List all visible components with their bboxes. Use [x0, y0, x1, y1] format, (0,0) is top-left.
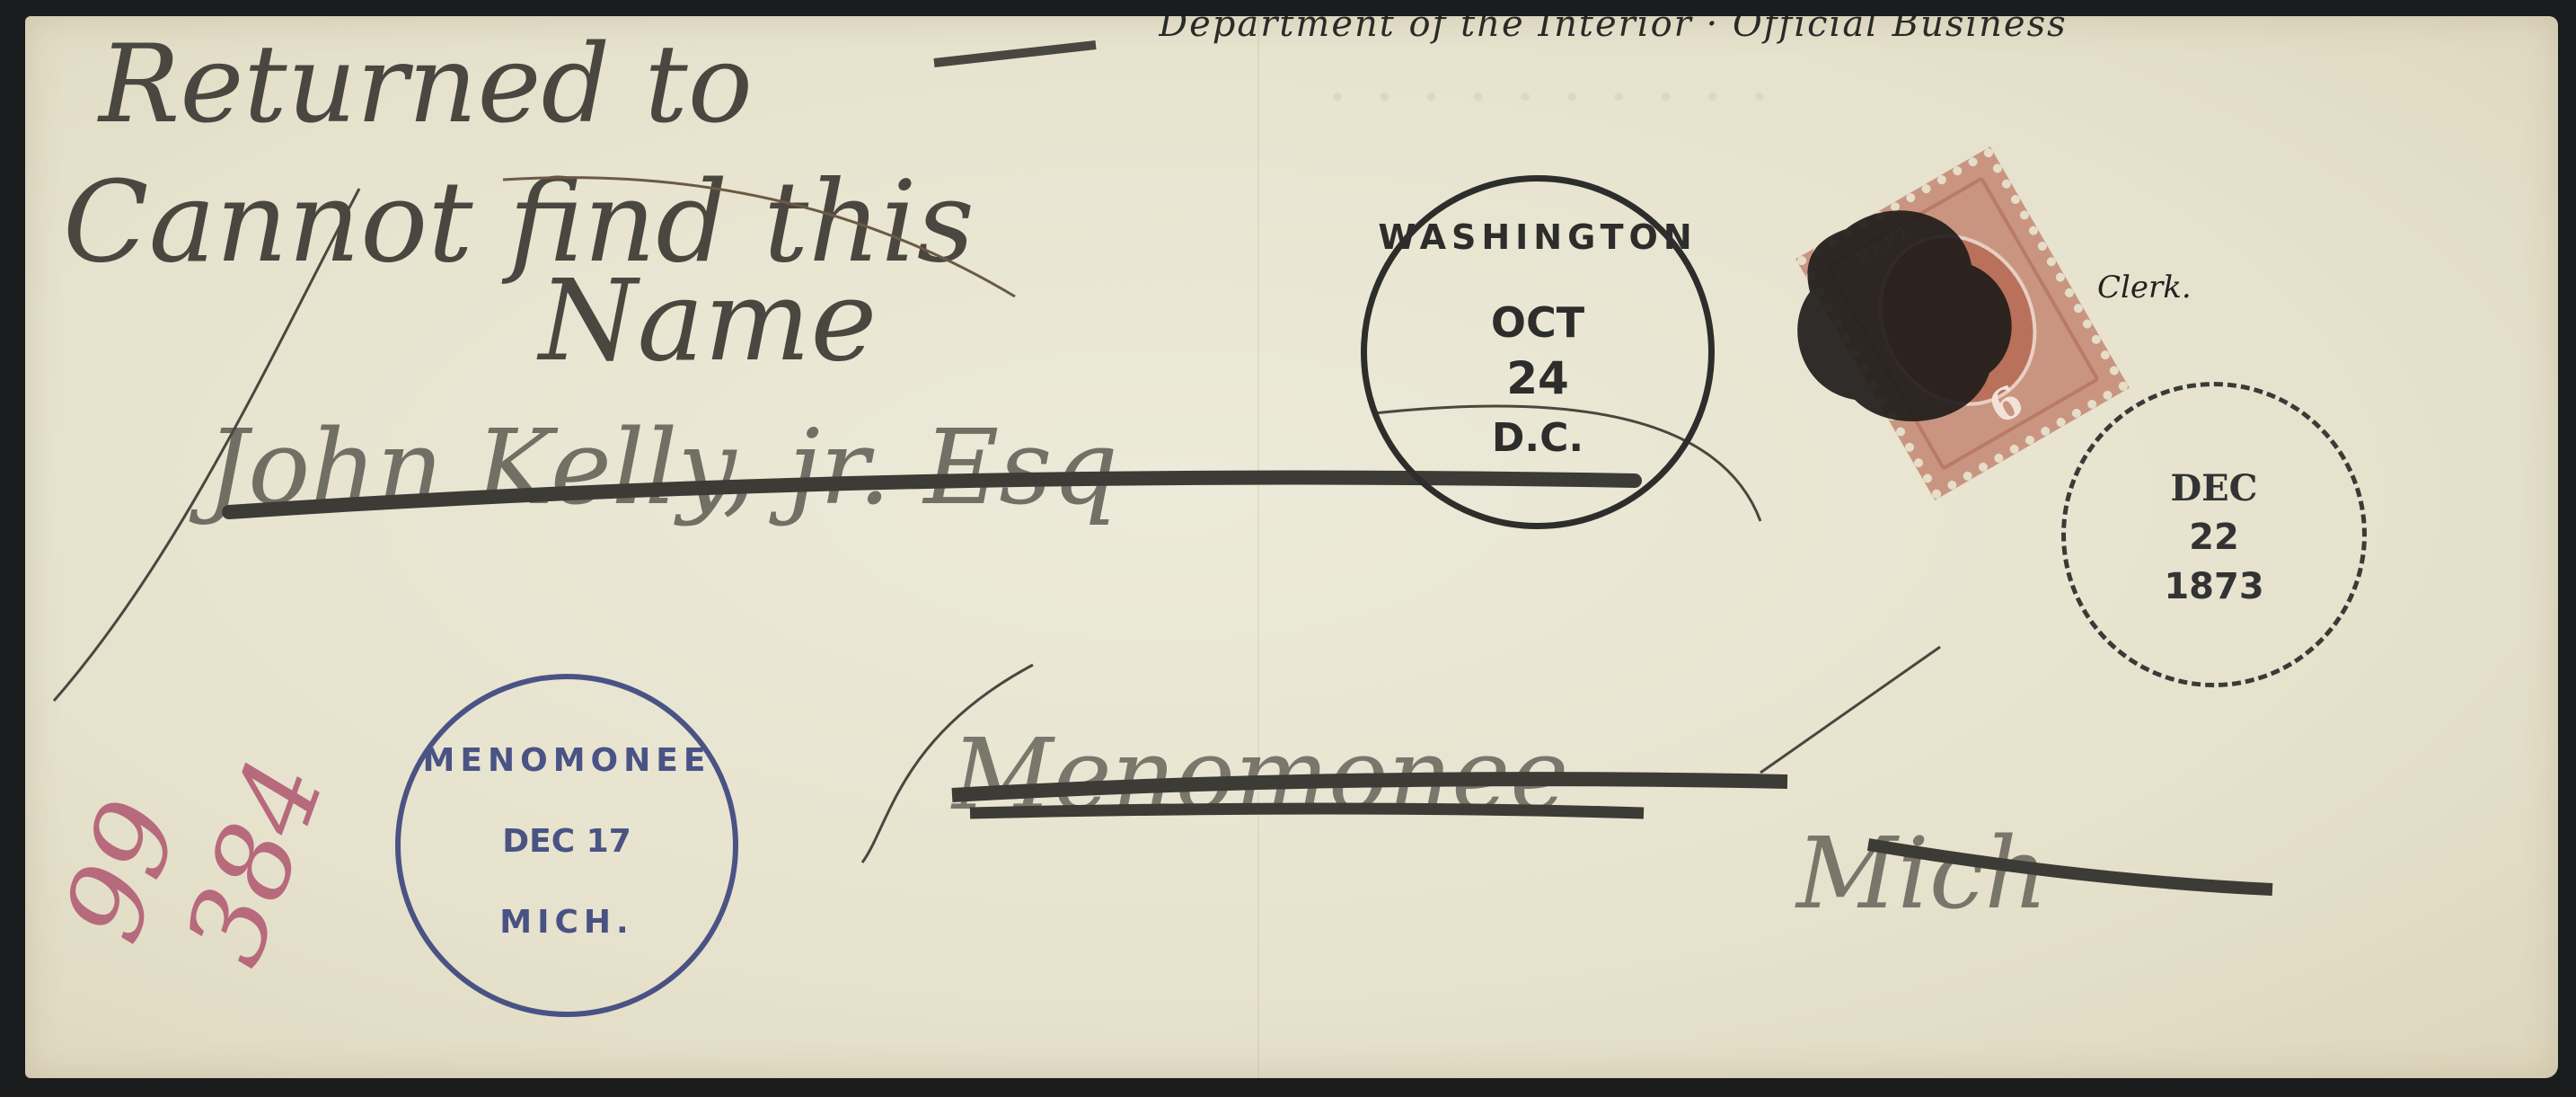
cork-cancel — [1783, 193, 2034, 436]
postmark-receiving-year: 1873 — [2066, 566, 2362, 607]
manuscript-line-returned: Returned to — [97, 22, 753, 147]
postmark-washington: WASHINGTON OCT 24 D.C. — [1361, 175, 1715, 529]
postmark-receiving-month: DEC — [2066, 467, 2362, 509]
manuscript-line-name: Name — [536, 256, 877, 386]
postmark-washington-city: WASHINGTON — [1367, 217, 1708, 257]
postmark-menomonee-state: MICH. — [401, 904, 733, 941]
postmark-washington-dc: D.C. — [1367, 415, 1708, 461]
postmark-receiving: DEC 22 1873 — [2061, 382, 2367, 687]
postmark-menomonee-date: DEC 17 — [401, 823, 733, 860]
addressee-state: Mich — [1795, 816, 2048, 931]
postmark-washington-month: OCT — [1367, 298, 1708, 347]
strike-town-2 — [970, 809, 1644, 813]
postmark-receiving-day: 22 — [2066, 517, 2362, 558]
postmark-menomonee: MENOMONEE DEC 17 MICH. — [395, 674, 738, 1017]
postmark-washington-day: 24 — [1367, 352, 1708, 404]
strike-returned — [934, 45, 1096, 63]
postmark-menomonee-town: MENOMONEE — [401, 742, 733, 779]
flourish-town — [1760, 647, 1940, 773]
